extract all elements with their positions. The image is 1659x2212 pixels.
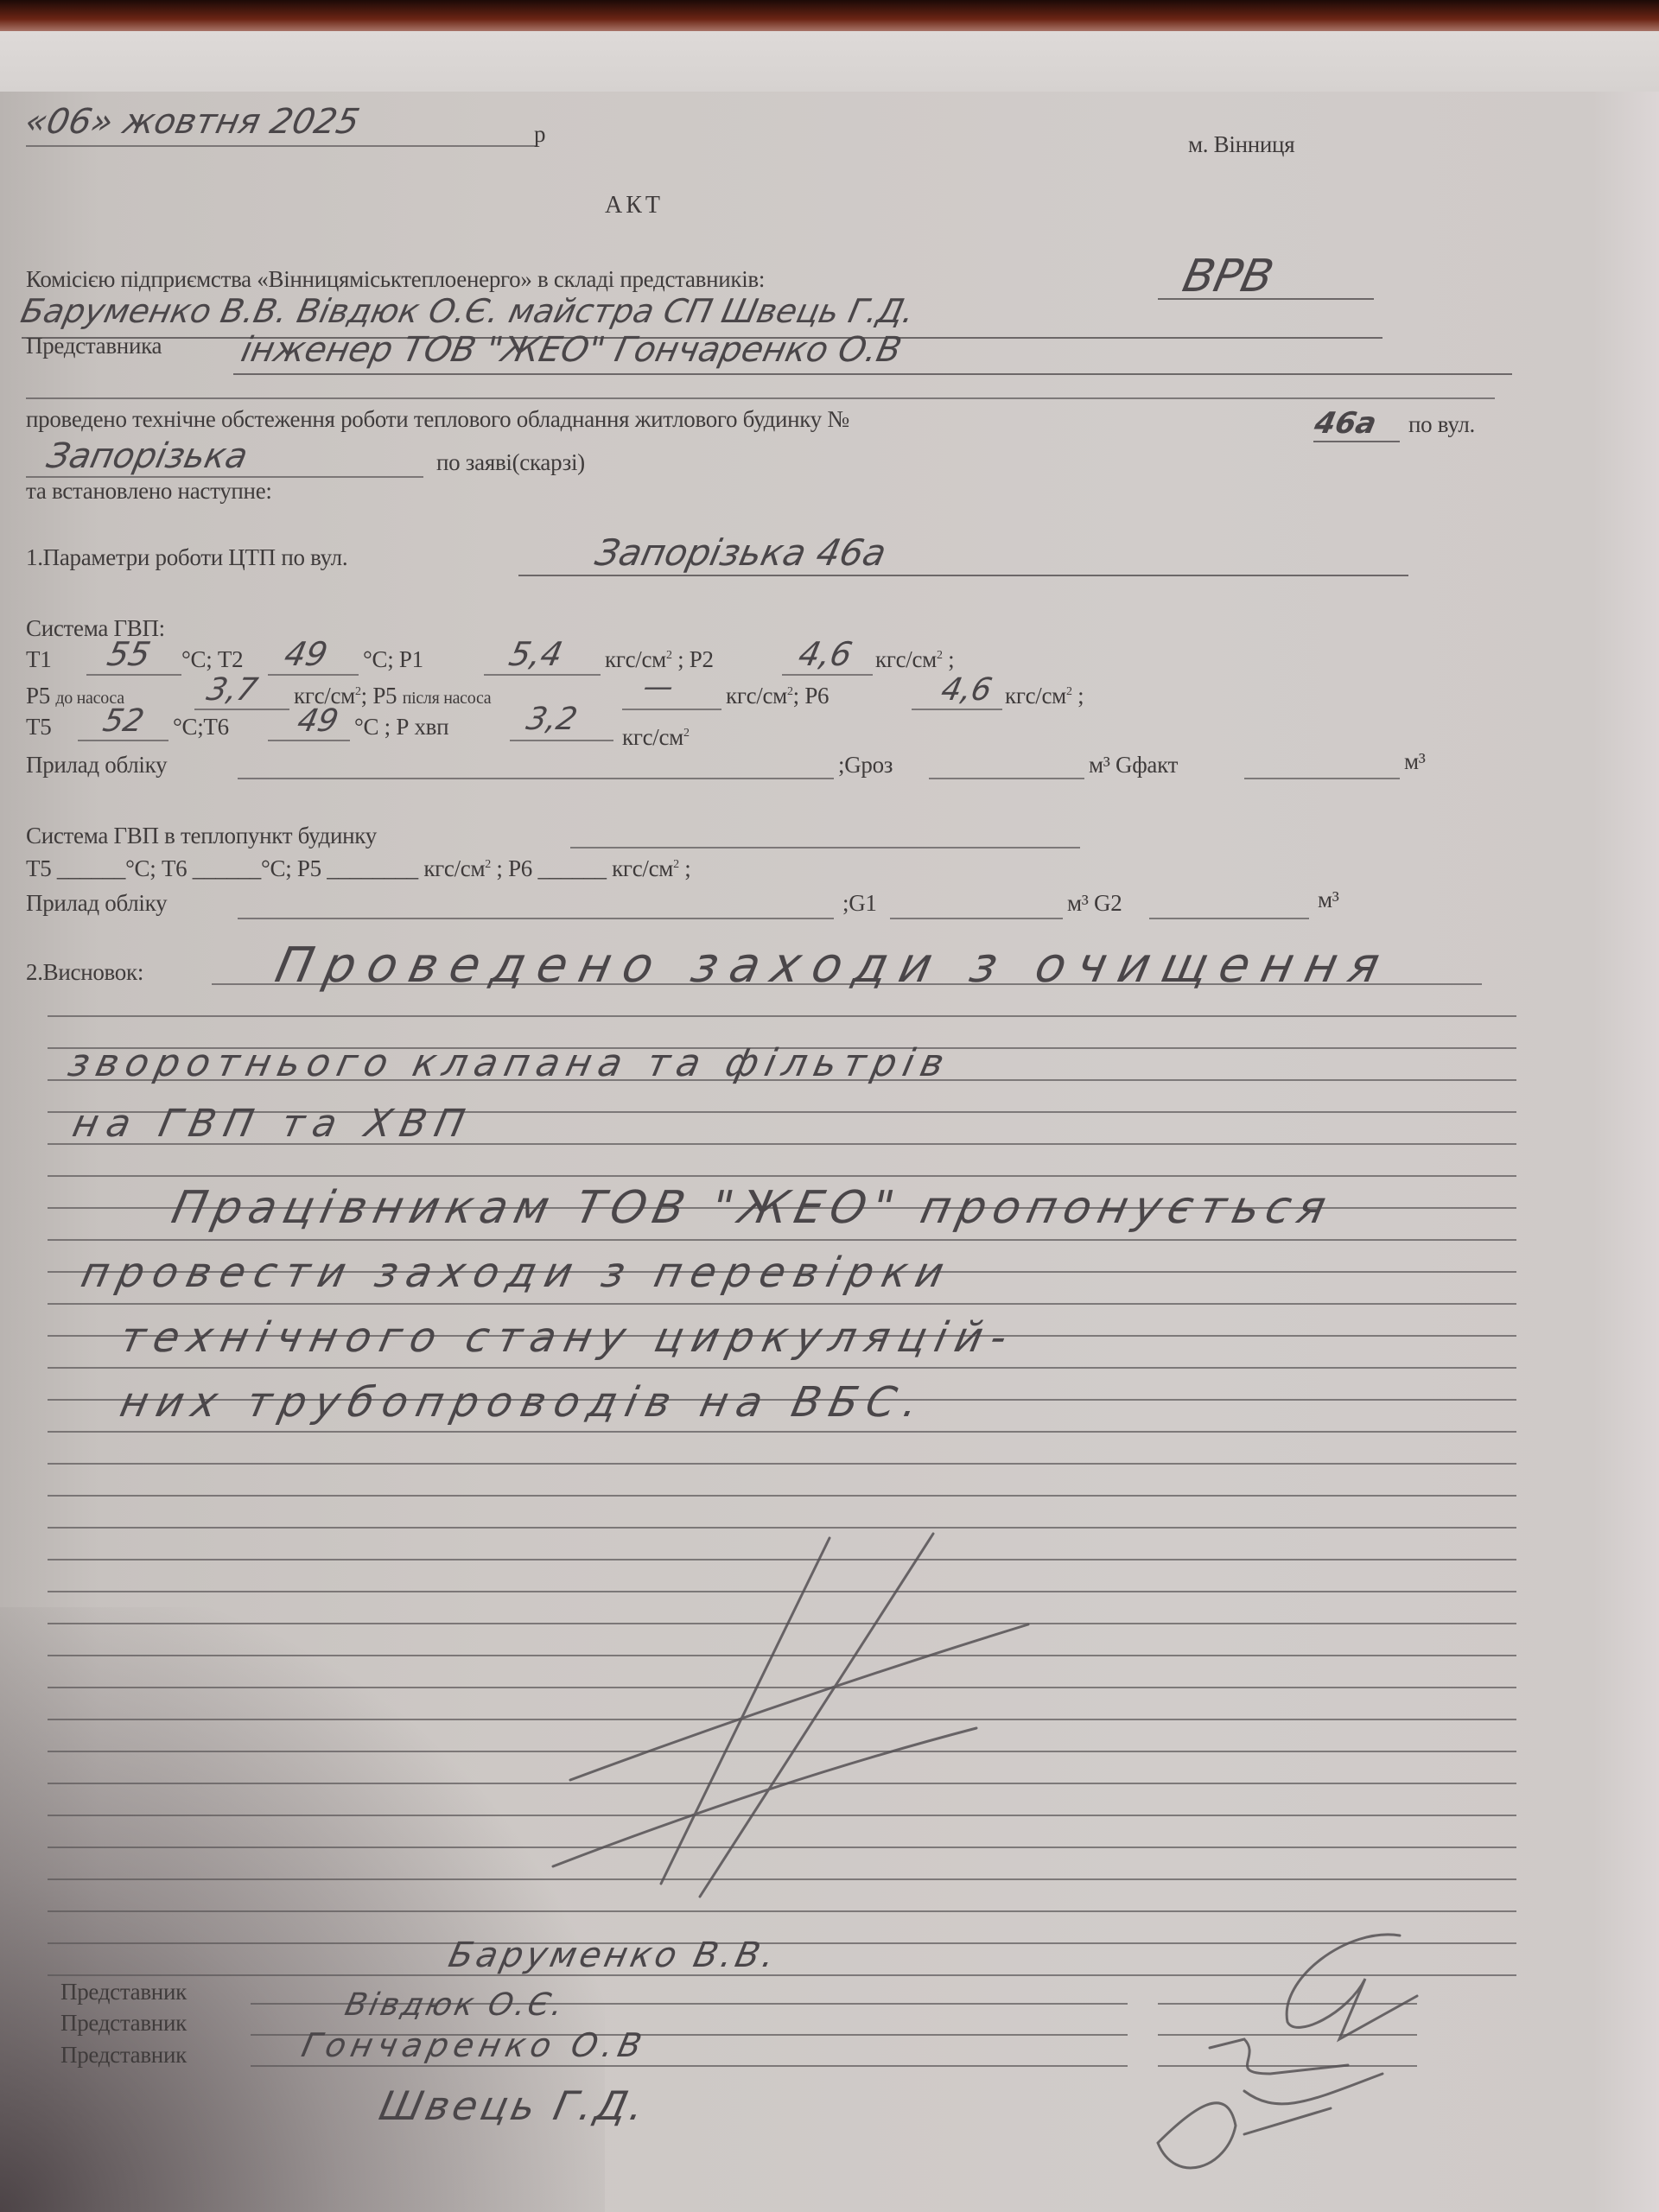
conclusion-line-2: зворотнього клапана та фільтрів	[65, 1041, 956, 1085]
ruled-line	[48, 1687, 1516, 1688]
t5-value: 52	[100, 703, 148, 739]
ruled-line	[48, 1559, 1516, 1560]
signature-label-3: Представник	[60, 2042, 187, 2069]
t1-value: 55	[104, 635, 154, 673]
t2-underline	[268, 674, 359, 676]
p-hvp-unit: кгс/см2	[622, 724, 690, 751]
ruled-line	[48, 1974, 1516, 1976]
g2-field	[1149, 918, 1309, 919]
building-meter-field	[238, 918, 834, 919]
ruled-line	[48, 1015, 1516, 1017]
representative-handwritten: інженер ТОВ "ЖЕО" Гончаренко О.В	[238, 330, 905, 370]
t2-unit: °С; Р1	[363, 646, 423, 673]
p5-after-unit: кгс/см2; Р6	[726, 683, 829, 709]
ruled-line	[48, 1463, 1516, 1465]
p1-underline	[484, 674, 601, 676]
building-gvp-title: Система ГВП в теплопункт будинку	[26, 823, 377, 849]
signature-name-3: Гончаренко О.В	[298, 2026, 650, 2064]
ruled-line	[48, 1751, 1516, 1752]
document-title: АКТ	[605, 192, 664, 219]
g-fact-unit: м³	[1404, 748, 1426, 775]
commission-label: Комісією підприємства «Вінницяміськтепло…	[26, 266, 765, 293]
t6-unit: °С ; Р хвп	[354, 714, 448, 741]
commission-members-handwritten: Баруменко В.В. Вівдюк О.Є. майстра СП Шв…	[17, 292, 918, 330]
house-number-underline	[1313, 441, 1400, 442]
building-gvp-field	[570, 847, 1080, 849]
ruled-line	[48, 1655, 1516, 1656]
p5-after-underline	[622, 709, 721, 710]
section1-street-handwritten: Запорізька 46а	[592, 531, 890, 574]
date-underline	[26, 145, 536, 147]
g-calc-label: ;Gроз	[838, 752, 893, 779]
ruled-line	[48, 1495, 1516, 1497]
separator-line	[26, 397, 1495, 399]
g1-label: ;G1	[842, 890, 877, 917]
ruled-line	[48, 1719, 1516, 1720]
date-handwritten: «06» жовтня 2025	[22, 102, 363, 142]
background-surface	[0, 0, 1659, 35]
representative-label: Представника	[26, 333, 162, 359]
p-hvp-value: 3,2	[524, 702, 581, 737]
ruled-line	[48, 1431, 1516, 1433]
p2-value: 4,6	[795, 635, 855, 673]
t6-underline	[268, 740, 350, 741]
p-hvp-underline	[510, 740, 613, 741]
conclusion-line-7: них трубопроводів на ВБС.	[116, 1378, 931, 1427]
established-label: та встановлено наступне:	[26, 478, 272, 505]
house-number-handwritten: 46а	[1312, 406, 1380, 441]
signature-name-4: Швець Г.Д.	[375, 2082, 652, 2129]
ruled-line	[48, 1783, 1516, 1784]
conclusion-line-5: провести заходи з перевірки	[77, 1249, 957, 1297]
ruled-line	[48, 1815, 1516, 1816]
conclusion-label: 2.Висновок:	[26, 959, 143, 986]
ruled-line	[48, 1847, 1516, 1848]
commission-org-handwritten: ВРВ	[1179, 251, 1278, 302]
g-fact-label: м³ Gфакт	[1089, 752, 1178, 779]
meter-label: Прилад обліку	[26, 752, 167, 779]
t6-value: 49	[295, 703, 342, 739]
ruled-line	[48, 1303, 1516, 1305]
ruled-line	[48, 1527, 1516, 1529]
street-handwritten: Запорізька	[43, 436, 251, 476]
g-calc-field	[929, 778, 1084, 779]
building-gvp-params: Т5 ______°С; Т6 ______°С; Р5 ________ кг…	[26, 855, 690, 882]
meter-field	[238, 778, 834, 779]
p1-value: 5,4	[505, 635, 566, 673]
p6-underline	[912, 709, 1002, 710]
building-meter-label: Прилад обліку	[26, 890, 167, 917]
signature-name-field-3	[251, 2065, 1128, 2067]
street-label: по вул.	[1408, 411, 1475, 438]
signature-sign-field-2	[1158, 2034, 1417, 2036]
date-year-suffix: р	[534, 121, 545, 148]
p2-underline	[782, 674, 873, 676]
ruled-line	[48, 1239, 1516, 1241]
ruled-line	[48, 1942, 1516, 1944]
commission-underline	[1158, 298, 1374, 300]
p6-unit: кгс/см2 ;	[1005, 683, 1084, 709]
p2-unit: кгс/см2 ;	[875, 646, 954, 673]
signature-label-2: Представник	[60, 2010, 187, 2037]
p5-before-value: 3,7	[204, 672, 261, 708]
inspection-text: проведено технічне обстеження роботи теп…	[26, 406, 849, 433]
conclusion-line-4: Працівникам ТОВ "ЖЕО" пропонується	[168, 1182, 1338, 1234]
t5-underline	[78, 740, 168, 741]
signature-sign-field-3	[1158, 2065, 1417, 2067]
signature-sign-field-1	[1158, 2003, 1417, 2005]
ruled-line	[48, 1175, 1516, 1177]
g1-field	[890, 918, 1063, 919]
t5-unit: °С;Т6	[173, 714, 229, 741]
ruled-line	[48, 1367, 1516, 1369]
g2-unit: м³	[1318, 887, 1339, 913]
signature-name-1: Баруменко В.В.	[445, 1935, 781, 1975]
g2-label: м³ G2	[1067, 890, 1122, 917]
g-fact-field	[1244, 778, 1400, 779]
request-label: по заяві(скарзі)	[436, 449, 585, 476]
t1-unit: °С; Т2	[181, 646, 243, 673]
ruled-line	[48, 1910, 1516, 1912]
signature-name-2: Вівдюк О.Є.	[342, 1987, 569, 2023]
representative-underline	[233, 373, 1512, 375]
t1-label: Т1	[26, 646, 51, 673]
t5-label: Т5	[26, 714, 51, 741]
t1-underline	[86, 674, 181, 676]
conclusion-line-1: Проведено заходи з очищення	[270, 938, 1396, 994]
section1-label: 1.Параметри роботи ЦТП по вул.	[26, 544, 347, 571]
ruled-line	[48, 1878, 1516, 1880]
conclusion-line-6: технічного стану циркуляцій-	[116, 1313, 1020, 1362]
ruled-line	[48, 1591, 1516, 1592]
signature-label-1: Представник	[60, 1979, 187, 2005]
t2-value: 49	[281, 635, 331, 673]
city-label: м. Вінниця	[1188, 131, 1294, 158]
ruled-line	[48, 1623, 1516, 1624]
p6-value: 4,6	[938, 672, 995, 708]
conclusion-line-3: на ГВП та ХВП	[69, 1102, 477, 1146]
p5-before-underline	[194, 709, 289, 710]
section1-underline	[518, 575, 1408, 576]
